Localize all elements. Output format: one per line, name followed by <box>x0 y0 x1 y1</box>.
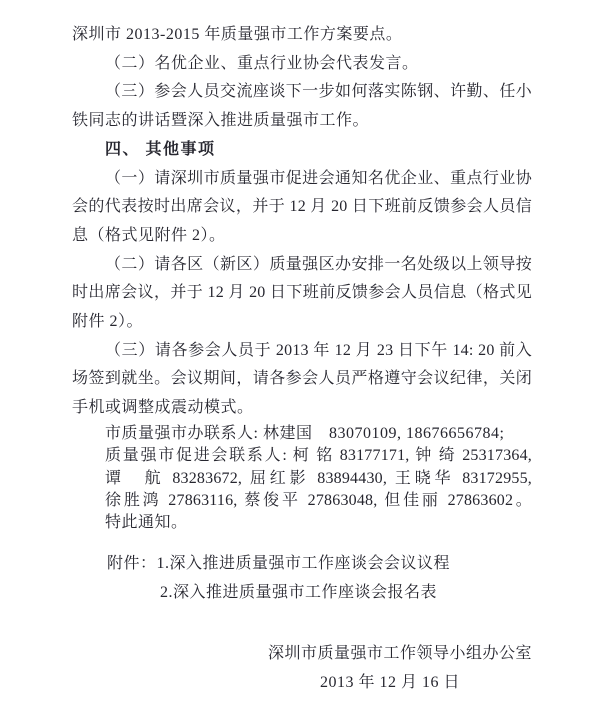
attachment-line-1: 附件：1.深入推进质量强市工作座谈会会议议程 <box>72 550 532 579</box>
body-line: 附件 2）。 <box>72 308 532 337</box>
document-page: 深圳市 2013-2015 年质量强市工作方案要点。 （二）名优企业、重点行业协… <box>0 0 602 713</box>
contact-line: 质量强市促进会联系人: 柯 铭 83177171, 钟 绮 25317364, <box>72 445 532 467</box>
body-line: 铁同志的讲话暨深入推进质量强市工作。 <box>72 107 532 136</box>
body-line: 深圳市 2013-2015 年质量强市工作方案要点。 <box>72 21 532 50</box>
body-line: （三）请各参会人员于 2013 年 12 月 23 日下午 14: 20 前入 <box>72 337 532 366</box>
closing-line: 特此通知。 <box>72 512 532 534</box>
contact-line: 市质量强市办联系人: 林建国 83070109, 18676656784; <box>72 423 532 445</box>
body-line: （二）请各区（新区）质量强区办安排一名处级以上领导按 <box>72 251 532 280</box>
body-line: （一）请深圳市质量强市促进会通知名优企业、重点行业协 <box>72 165 532 194</box>
body-line: 时出席会议，并于 12 月 20 日下班前反馈参会人员信息（格式见 <box>72 279 532 308</box>
body-line: （二）名优企业、重点行业协会代表发言。 <box>72 50 532 79</box>
signature-line: 深圳市质量强市工作领导小组办公室 <box>72 640 532 669</box>
date-line: 2013 年 12 月 16 日 <box>72 669 532 698</box>
body-line: （三）参会人员交流座谈下一步如何落实陈钢、许勤、任小 <box>72 78 532 107</box>
body-line: 会的代表按时出席会议，并于 12 月 20 日下班前反馈参会人员信 <box>72 193 532 222</box>
contact-line: 徐胜鸿 27863116, 蔡俊平 27863048, 但佳丽 27863602… <box>72 490 532 512</box>
body-line: 息（格式见附件 2）。 <box>72 222 532 251</box>
section-heading-other-matters: 四、 其他事项 <box>72 136 532 165</box>
body-line: 场签到就坐。会议期间，请各参会人员严格遵守会议纪律，关闭 <box>72 365 532 394</box>
body-line: 手机或调整成震动模式。 <box>72 394 532 423</box>
attachment-line-2: 2.深入推进质量强市工作座谈会报名表 <box>72 579 532 608</box>
contact-line: 谭 航 83283672, 屈红影 83894430, 王晓华 83172955… <box>72 468 532 490</box>
